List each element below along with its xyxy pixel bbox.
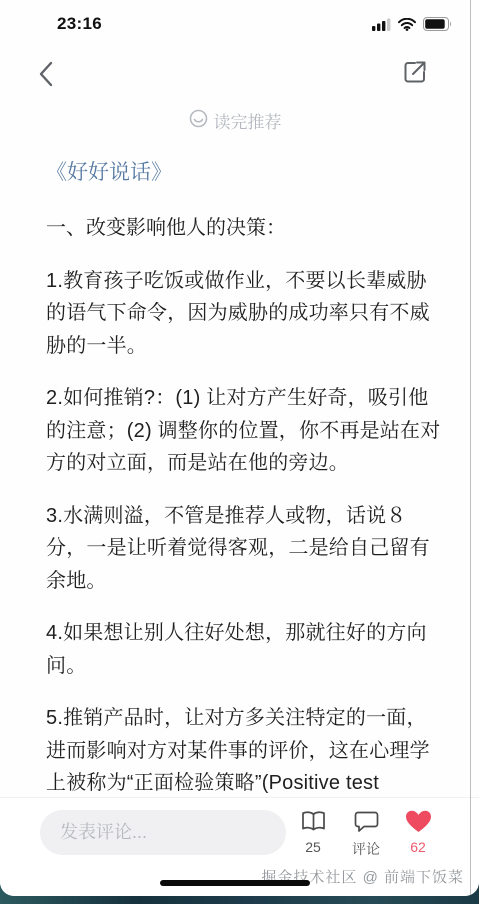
text-line: 4.如果想让别人往好处想，那就往好的方向 — [46, 617, 443, 650]
share-button[interactable] — [398, 56, 432, 90]
nav-bar — [0, 52, 479, 94]
status-icons — [372, 17, 452, 36]
text-line: 3.水满则溢，不管是推荐人或物，话说８ — [46, 500, 443, 533]
text-line: 胁的一半。 — [46, 330, 443, 363]
battery-icon — [423, 17, 452, 36]
text-line: 2.如何推销?：(1) 让对方产生好奇，吸引他 — [46, 382, 443, 415]
reads-count: 25 — [290, 839, 336, 855]
back-button[interactable] — [30, 58, 62, 92]
section-heading: 一、改变影响他人的决策： — [46, 212, 443, 245]
status-bar: 23:16 — [0, 8, 479, 40]
comment-button[interactable]: 评论 — [343, 806, 389, 859]
open-book-icon — [290, 806, 336, 836]
article-title-link[interactable]: 《好好说话》 — [46, 158, 443, 188]
text-line: 上被称为“正面检验策略”(Positive test — [46, 767, 443, 800]
comment-input[interactable] — [40, 810, 286, 855]
speech-bubble-icon — [343, 806, 389, 836]
read-done-hint[interactable]: 读完推荐 — [0, 108, 470, 136]
comment-input-pill — [40, 810, 286, 855]
chevron-left-icon — [38, 76, 54, 91]
comment-label: 评论 — [343, 839, 389, 859]
text-line: 余地。 — [46, 565, 443, 598]
like-count: 62 — [395, 839, 441, 855]
text-line: 分，一是让听着觉得客观，二是给自己留有 — [46, 532, 443, 565]
reads-button[interactable]: 25 — [290, 806, 336, 855]
app-card: 23:16 — [0, 0, 479, 896]
read-done-label: 读完推荐 — [214, 108, 282, 133]
text-line: 的注意；(2) 调整你的位置，你不再是站在对 — [46, 415, 443, 448]
phone-screen: 23:16 — [0, 0, 479, 904]
smiley-icon — [189, 109, 208, 133]
like-button[interactable]: 62 — [395, 806, 441, 855]
clock-label: 23:16 — [57, 14, 102, 34]
text-line: 问。 — [46, 650, 443, 683]
home-indicator-handle[interactable] — [160, 880, 310, 886]
paragraph-3: 3.水满则溢，不管是推荐人或物，话说８ 分，一是让听着觉得客观，二是给自己留有 … — [46, 500, 443, 598]
scrollbar-track[interactable] — [470, 0, 471, 896]
text-line: 的语气下命令，因为威胁的成功率只有不威 — [46, 297, 443, 330]
paragraph-1: 1.教育孩子吃饭或做作业，不要以长辈威胁 的语气下命令，因为威胁的成功率只有不威… — [46, 265, 443, 363]
text-line: 5.推销产品时，让对方多关注特定的一面， — [46, 702, 443, 735]
text-line: 进而影响对方对某件事的评价，这在心理学 — [46, 735, 443, 768]
paragraph-5: 5.推销产品时，让对方多关注特定的一面， 进而影响对方对某件事的评价，这在心理学… — [46, 702, 443, 800]
text-line: 方的对立面，而是站在他的旁边。 — [46, 447, 443, 480]
heart-icon — [395, 806, 441, 836]
article-body: 《好好说话》 一、改变影响他人的决策： 1.教育孩子吃饭或做作业，不要以长辈威胁… — [46, 158, 443, 820]
paragraph-4: 4.如果想让别人往好处想，那就往好的方向 问。 — [46, 617, 443, 682]
share-export-icon — [400, 75, 430, 90]
cellular-signal-icon — [372, 18, 391, 36]
text-line: 1.教育孩子吃饭或做作业，不要以长辈威胁 — [46, 265, 443, 298]
paragraph-2: 2.如何推销?：(1) 让对方产生好奇，吸引他 的注意；(2) 调整你的位置，你… — [46, 382, 443, 480]
wifi-icon — [398, 18, 416, 36]
